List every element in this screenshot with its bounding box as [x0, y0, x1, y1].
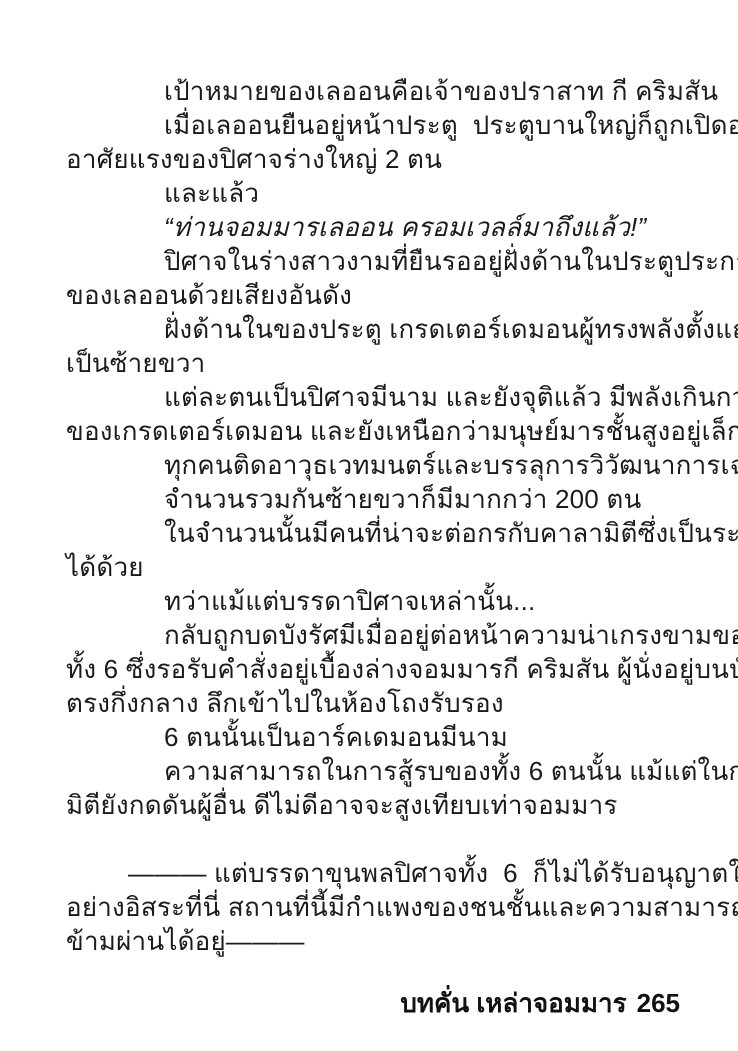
text-line: ในจำนวนนั้นมีคนที่น่าจะต่อกรกับคาลามิตีซ… — [66, 516, 680, 550]
text-line: เป้าหมายของเลออนคือเจ้าของปราสาท กี คริม… — [66, 74, 680, 108]
text-line: ของเกรดเตอร์เดมอน และยังเหนือกว่ามนุษย์ม… — [66, 414, 680, 448]
page-text: เป้าหมายของเลออนคือเจ้าของปราสาท กี คริม… — [66, 74, 680, 958]
text-line: ——— แต่บรรดาขุนพลปิศาจทั้ง 6 ก็ไม่ได้รับ… — [66, 856, 680, 890]
text-line: จำนวนรวมกันซ้ายขวาก็มีมากกว่า 200 ตน — [66, 482, 680, 516]
page-footer: บทคั่น เหล่าจอมมาร265 — [66, 952, 680, 1051]
text-line: กลับถูกบดบังรัศมีเมื่ออยู่ต่อหน้าความน่า… — [66, 618, 680, 652]
text-line: อาศัยแรงของปิศาจร่างใหญ่ 2 ตน — [66, 142, 680, 176]
text-line: และแล้ว — [66, 176, 680, 210]
text-line: ทุกคนติดอาวุธเวทมนตร์และบรรลุการวิวัฒนาก… — [66, 448, 680, 482]
text-line: ความสามารถในการสู้รบของทั้ง 6 ตนนั้น แม้… — [66, 754, 680, 788]
text-line: มิตียังกดดันผู้อื่น ดีไม่ดีอาจจะสูงเทียบ… — [66, 788, 680, 822]
text-line: ทว่าแม้แต่บรรดาปิศาจเหล่านั้น... — [66, 584, 680, 618]
footer-page-number: 265 — [627, 988, 680, 1018]
text-line: เมื่อเลออนยืนอยู่หน้าประตู ประตูบานใหญ่ก… — [66, 108, 680, 142]
text-line: ได้ด้วย — [66, 550, 680, 584]
quote-line: “ท่านจอมมารเลออน ครอมเวลล์มาถึงแล้ว!” — [66, 210, 680, 244]
text-line: ของเลออนด้วยเสียงอันดัง — [66, 278, 680, 312]
footer-chapter-label: บทคั่น เหล่าจอมมาร — [400, 988, 626, 1018]
text-line: ทั้ง 6 ซึ่งรอรับคำสั่งอยู่เบื้องล่างจอมม… — [66, 652, 680, 686]
text-line: ฝั่งด้านในของประตู เกรดเตอร์เดมอนผู้ทรงพ… — [66, 312, 680, 346]
text-line: ตรงกึ่งกลาง ลึกเข้าไปในห้องโถงรับรอง — [66, 686, 680, 720]
text-line: 6 ตนนั้นเป็นอาร์คเดมอนมีนาม — [66, 720, 680, 754]
blank-line — [66, 822, 680, 856]
text-line: ปิศาจในร่างสาวงามที่ยืนรออยู่ฝั่งด้านในป… — [66, 244, 680, 278]
text-line: อย่างอิสระที่นี่ สถานที่นี้มีกำแพงของชนช… — [66, 890, 680, 924]
text-line: แต่ละตนเป็นปิศาจมีนาม และยังจุติแล้ว มีพ… — [66, 380, 680, 414]
book-page: เป้าหมายของเลออนคือเจ้าของปราสาท กี คริม… — [0, 0, 738, 1051]
text-line: เป็นซ้ายขวา — [66, 346, 680, 380]
